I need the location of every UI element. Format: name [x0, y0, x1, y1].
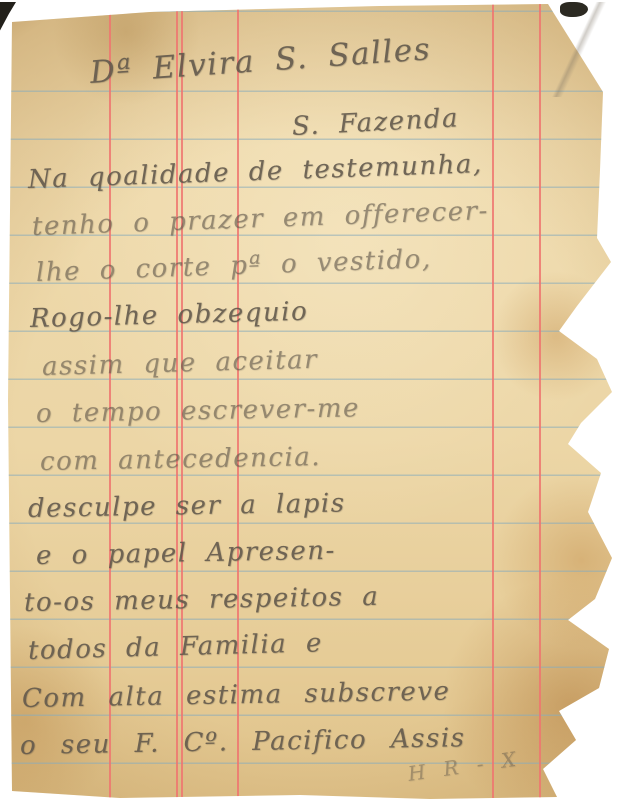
scanned-letter-page: Dª Elvira S. Salles S. Fazenda Na qoalid… — [0, 0, 632, 800]
letter-line: to-os meus respeitos a — [24, 582, 380, 618]
red-margin-line — [539, 0, 541, 800]
letter-line: desculpe ser a lapis — [28, 488, 346, 524]
scan-dark-blob — [560, 2, 588, 17]
red-margin-line — [492, 0, 494, 800]
torn-paper-sheet: Dª Elvira S. Salles S. Fazenda Na qoalid… — [0, 0, 632, 800]
letter-line: e o papel Apresen- — [36, 536, 336, 571]
letter-line: com antecedencia. — [40, 442, 322, 477]
letter-line: o tempo escrever-me — [36, 393, 360, 429]
